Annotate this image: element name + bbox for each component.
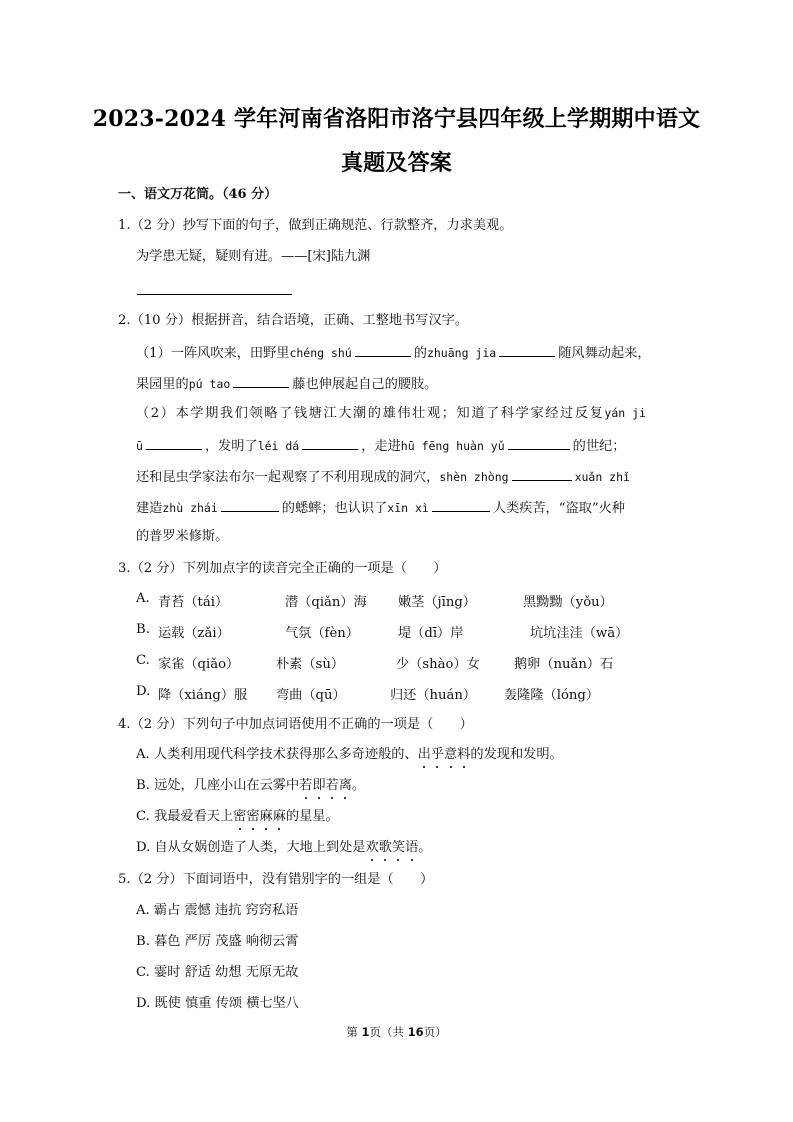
q4-option-b[interactable]: B. 远处，几座小山在云雾中若即若离。 [136,777,365,795]
dotted-char: 密 [246,808,259,826]
answer-blank[interactable] [146,435,202,450]
dotted-phrase: 欢歌笑语 [366,840,419,855]
text: （2）本学期我们领略了钱塘江大潮的雄伟壮观；知道了科学家经过反复 [136,406,604,421]
dotted-char: 出 [418,746,431,764]
pinyin: xuǎn zhǐ [575,470,630,484]
q5-option-c[interactable]: C. 霎时 舒适 幼想 无原无故 [136,964,298,982]
option-text: 既使 慎重 传颂 横七坚八 [155,996,299,1011]
q3-option-c-item1: 家雀（qiǎo） [158,653,239,672]
text: 人类疾苦，“盗取”火种 [493,501,625,516]
document-title-line1: 2023-2024 学年河南省洛阳市洛宁县四年级上学期期中语文 [0,102,793,133]
option-label: D. [136,996,150,1011]
option-text: 自从女娲创造了人类，大地上到处是 [155,840,366,855]
q2-p1-line1: （1）一阵风吹来，田野里chéng shú的zhuāng jia随风舞动起来， [136,342,651,363]
dotted-char: 若 [299,777,312,795]
q3-option-c-label[interactable]: C. [136,653,150,668]
q5-option-d[interactable]: D. 既使 慎重 传颂 横七坚八 [136,995,299,1013]
q5-option-b[interactable]: B. 暮色 严厉 茂盛 响彻云霄 [136,933,299,951]
dotted-phrase: 出乎意料 [418,747,471,762]
dotted-char: 密 [233,808,246,826]
dotted-char: 料 [457,746,470,764]
footer-text: 页） [424,1025,447,1039]
dotted-char: 即 [312,777,325,795]
option-label: D. [136,840,150,855]
option-text: 霸占 震憾 违抗 窍窍私语 [154,903,298,918]
dotted-char: 意 [444,746,457,764]
pinyin: ū [136,439,143,453]
q3-option-a-item2: 潜（qiǎn）海 [285,591,367,610]
option-text: 霎时 舒适 幼想 无原无故 [154,965,298,980]
answer-blank[interactable] [499,342,555,357]
q3-option-a-item4: 黑黝黝（yǒu） [523,591,613,610]
dotted-phrase: 若即若离 [299,778,352,793]
q3-option-d-item2: 弯曲（qū） [276,684,346,703]
text: ，发明了 [205,439,258,454]
dotted-char: 麻 [260,808,273,826]
page-number: 1 [361,1025,369,1039]
q5-option-a[interactable]: A. 霸占 震憾 违抗 窍窍私语 [136,902,298,920]
option-label: A. [136,903,150,918]
q3-option-b-label[interactable]: B. [136,622,150,637]
dotted-char: 乎 [431,746,444,764]
q3-option-a-item1: 青苔（tái） [158,591,228,610]
q3-option-b-item2: 气氛（fèn） [285,622,359,641]
pinyin: zhù zhái [162,501,217,515]
document-page: 2023-2024 学年河南省洛阳市洛宁县四年级上学期期中语文 真题及答案 一、… [0,0,793,1122]
dotted-char: 麻 [273,808,286,826]
q2-stem: 2.（10 分）根据拼音，结合语境，正确、工整地书写汉字。 [118,312,468,330]
answer-blank[interactable] [233,373,289,388]
answer-blank[interactable] [221,497,279,512]
q3-option-d-item1: 降（xiáng）服 [158,684,247,703]
text: 藤也伸展起自己的腰肢。 [292,377,437,392]
dotted-char: 语 [405,839,418,857]
q2-p2-line2: ū，发明了léi dá，走进hū fēng huàn yǔ的世纪； [136,435,625,456]
dotted-phrase: 密密麻麻 [233,809,286,824]
q2-p2-line5: 的普罗米修斯。 [136,528,228,546]
q3-stem: 3.（2 分）下列加点字的读音完全正确的一项是（ ） [118,560,446,578]
text: 还和昆虫学家法布尔一起观察了不利用现成的洞穴， [136,470,439,485]
q3-option-c-item4: 鹅卵（nuǎn）石 [514,653,613,672]
q4-option-d[interactable]: D. 自从女娲创造了人类，大地上到处是欢歌笑语。 [136,839,431,857]
q2-p1-line2: 果园里的pú tao藤也伸展起自己的腰肢。 [136,373,437,394]
text: 的世纪； [573,439,626,454]
dotted-char: 笑 [392,839,405,857]
dotted-char: 离 [339,777,352,795]
option-label: A. [136,747,150,762]
q3-option-b-item1: 运载（zǎi） [158,622,230,641]
pinyin: yán ji [604,406,646,420]
document-title-line2: 真题及答案 [0,146,793,177]
option-text: 人类利用现代科学技术获得那么多奇迹般的、 [154,747,418,762]
q2-p2-line1: （2）本学期我们领略了钱塘江大潮的雄伟壮观；知道了科学家经过反复yán ji [136,404,646,423]
q3-option-d-item3: 归还（huán） [390,684,476,703]
text: ，走进 [361,439,401,454]
pinyin: shèn zhòng [439,470,508,484]
option-label: B. [136,778,150,793]
page-footer: 第 1页（共 16页） [0,1024,793,1040]
option-text: 远处，几座小山在云雾中 [154,778,299,793]
q4-option-a[interactable]: A. 人类利用现代科学技术获得那么多奇迹般的、出乎意料的发现和发明。 [136,746,563,764]
q5-stem: 5.（2 分）下面词语中，没有错别字的一组是（ ） [118,871,433,889]
pinyin: xīn xì [387,501,429,515]
text: 果园里的 [136,377,189,392]
text: 的蟋蟀；也认识了 [282,501,388,516]
dotted-char: 歌 [379,839,392,857]
dotted-char: 若 [326,777,339,795]
q1-quote: 为学患无疑，疑则有进。——[宋]陆九渊 [136,248,370,266]
q3-option-b-item4: 坑坑洼洼（wā） [530,622,628,641]
q1-answer-line[interactable] [137,294,292,295]
option-text: 的发现和发明。 [470,747,562,762]
option-label: C. [136,809,150,824]
pinyin: léi dá [258,439,300,453]
text: （1）一阵风吹来，田野里 [136,346,289,361]
text: 的 [414,346,427,361]
option-text: 。 [352,778,365,793]
option-text: 。 [418,840,431,855]
text: 建造 [136,501,162,516]
pinyin: hū fēng huàn yǔ [401,439,505,453]
answer-blank[interactable] [508,435,570,450]
section-heading: 一、语文万花筒。（46 分） [118,186,277,204]
answer-blank[interactable] [302,435,358,450]
q3-option-a-item3: 嫩茎（jīng） [398,591,476,610]
q4-option-c[interactable]: C. 我最爱看天上密密麻麻的星星。 [136,808,339,826]
q3-option-b-item3: 堤（dī）岸 [398,622,463,641]
option-text: 我最爱看天上 [154,809,233,824]
footer-text: 页（共 [370,1025,408,1039]
pinyin: pú tao [189,377,231,391]
q3-option-c-item2: 朴素（sù） [276,653,344,672]
option-label: C. [136,965,150,980]
q3-option-d-label[interactable]: D. [136,684,150,699]
option-text: 的星星。 [286,809,339,824]
pinyin: zhuāng jia [427,346,496,360]
q2-p2-line4: 建造zhù zhái的蟋蟀；也认识了xīn xì人类疾苦，“盗取”火种 [136,497,625,518]
text: 随风舞动起来， [558,346,650,361]
answer-blank[interactable] [512,466,572,481]
q3-option-a-label[interactable]: A. [136,591,150,606]
footer-text: 第 [346,1025,361,1039]
q3-option-d-item4: 轰隆隆（lóng） [504,684,599,703]
dotted-char: 欢 [366,839,379,857]
q2-p2-line3: 还和昆虫学家法布尔一起观察了不利用现成的洞穴，shèn zhòngxuǎn zh… [136,466,630,487]
page-total: 16 [408,1025,424,1039]
option-label: B. [136,934,150,949]
answer-blank[interactable] [432,497,490,512]
q1-stem: 1.（2 分）抄写下面的句子，做到正确规范、行款整齐，力求美观。 [118,217,512,235]
q4-stem: 4.（2 分）下列句子中加点词语使用不正确的一项是（ ） [118,716,473,734]
pinyin: chéng shú [289,346,351,360]
answer-blank[interactable] [355,342,411,357]
option-text: 暮色 严厉 茂盛 响彻云霄 [154,934,298,949]
q3-option-c-item3: 少（shào）女 [396,653,480,672]
